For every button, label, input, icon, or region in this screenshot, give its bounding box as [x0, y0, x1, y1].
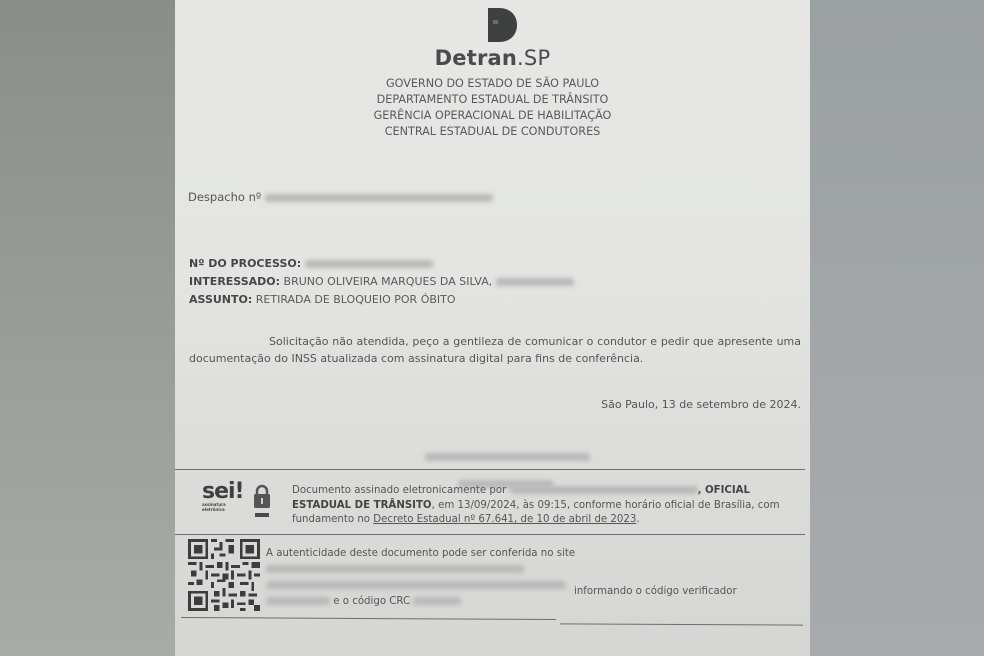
redacted-verification-url — [266, 565, 524, 573]
redacted-despacho-number — [265, 194, 493, 202]
divider — [560, 623, 803, 625]
interessado-label: INTERESSADO: — [189, 275, 280, 288]
authenticity-line: A autenticidade deste documento pode ser… — [266, 546, 575, 562]
despacho-line: Despacho nº — [188, 190, 493, 204]
agency-line: GERÊNCIA OPERACIONAL DE HABILITAÇÃO — [175, 108, 810, 124]
despacho-label: Despacho nº — [188, 190, 261, 204]
agency-header: GOVERNO DO ESTADO DE SÃO PAULO DEPARTAME… — [175, 76, 810, 140]
qr-code-icon[interactable] — [186, 539, 262, 611]
agency-line: GOVERNO DO ESTADO DE SÃO PAULO — [175, 76, 810, 92]
body-paragraph: Solicitação não atendida, peço a gentile… — [189, 333, 801, 367]
redacted-signer-name — [510, 486, 698, 494]
authenticity-statement: A autenticidade deste documento pode ser… — [266, 546, 575, 594]
assunto-value: RETIRADA DE BLOQUEIO POR ÓBITO — [256, 293, 456, 306]
processo-label: Nº DO PROCESSO: — [189, 257, 301, 270]
signature-statement: Documento assinado eletronicamente por ,… — [292, 484, 787, 528]
verifier-code-text: informando o código verificador — [574, 586, 737, 597]
interessado-value: BRUNO OLIVEIRA MARQUES DA SILVA, — [284, 275, 493, 288]
redacted-verifier-code — [266, 597, 330, 605]
redacted-verification-url — [266, 581, 566, 589]
background-right — [810, 0, 984, 656]
sei-signature-logo: sei! assinatura eletrônica — [202, 482, 244, 512]
agency-line: CENTRAL ESTADUAL DE CONDUTORES — [175, 124, 810, 140]
process-metadata: Nº DO PROCESSO: INTERESSADO: BRUNO OLIVE… — [189, 255, 574, 309]
processo-row: Nº DO PROCESSO: — [189, 255, 574, 273]
interessado-row: INTERESSADO: BRUNO OLIVEIRA MARQUES DA S… — [189, 273, 574, 291]
assunto-label: ASSUNTO: — [189, 293, 252, 306]
background-left — [0, 0, 175, 656]
body-text: Solicitação não atendida, peço a gentile… — [189, 335, 801, 365]
decree-link[interactable]: Decreto Estadual nº 67.641, de 10 de abr… — [373, 514, 636, 525]
detran-d-logo-icon — [485, 6, 519, 44]
sei-logo: sei! — [202, 482, 244, 502]
brand-name: Detran — [435, 46, 517, 70]
document-page: Detran.SP GOVERNO DO ESTADO DE SÃO PAULO… — [175, 0, 810, 656]
redacted-id — [496, 278, 574, 286]
brand-suffix: .SP — [517, 46, 550, 70]
agency-line: DEPARTAMENTO ESTADUAL DE TRÂNSITO — [175, 92, 810, 108]
redacted-processo-number — [305, 260, 433, 268]
divider — [175, 534, 805, 535]
assunto-row: ASSUNTO: RETIRADA DE BLOQUEIO POR ÓBITO — [189, 291, 574, 309]
divider — [181, 617, 556, 620]
divider — [175, 469, 805, 470]
redacted-crc-code — [413, 597, 461, 605]
date-line: São Paulo, 13 de setembro de 2024. — [601, 398, 801, 411]
crc-line: e o código CRC — [266, 596, 461, 607]
lock-icon — [252, 484, 272, 520]
brand-title: Detran.SP — [175, 46, 810, 70]
